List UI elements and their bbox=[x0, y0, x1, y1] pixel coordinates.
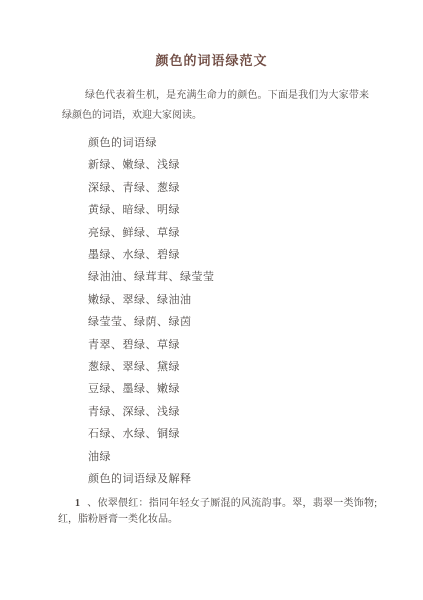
word-line: 石绿、水绿、铜绿 bbox=[88, 423, 423, 445]
section-heading: 颜色的词语绿及解释 bbox=[88, 468, 423, 490]
word-list: 颜色的词语绿 新绿、嫩绿、浅绿 深绿、青绿、葱绿 黄绿、暗绿、明绿 亮绿、鲜绿、… bbox=[88, 132, 423, 491]
word-line: 绿莹莹、绿荫、绿茵 bbox=[88, 311, 423, 333]
list-heading: 颜色的词语绿 bbox=[88, 132, 423, 154]
word-line: 青绿、深绿、浅绿 bbox=[88, 401, 423, 423]
word-line: 墨绿、水绿、碧绿 bbox=[88, 244, 423, 266]
word-line: 深绿、青绿、葱绿 bbox=[88, 177, 423, 199]
intro-paragraph: 绿色代表着生机，是充满生命力的颜色。下面是我们为大家带来绿颜色的词语，欢迎大家阅… bbox=[62, 86, 369, 126]
explanation-text: 、依翠偎红：指同年轻女子厮混的风流韵事。翠，翡翠一类饰物;红，脂粉唇膏一类化妆品… bbox=[58, 498, 377, 526]
word-line: 青翠、碧绿、草绿 bbox=[88, 334, 423, 356]
word-line: 豆绿、墨绿、嫩绿 bbox=[88, 378, 423, 400]
word-line: 新绿、嫩绿、浅绿 bbox=[88, 154, 423, 176]
word-line: 嫩绿、翠绿、绿油油 bbox=[88, 289, 423, 311]
explanation-number: 1 bbox=[75, 498, 80, 509]
explanation-paragraph: 1、依翠偎红：指同年轻女子厮混的风流韵事。翠，翡翠一类饰物;红，脂粉唇膏一类化妆… bbox=[58, 496, 377, 529]
word-line: 绿油油、绿茸茸、绿莹莹 bbox=[88, 266, 423, 288]
document-title: 颜色的词语绿范文 bbox=[0, 0, 423, 69]
word-line: 油绿 bbox=[88, 446, 423, 468]
document-page: 颜色的词语绿范文 绿色代表着生机，是充满生命力的颜色。下面是我们为大家带来绿颜色… bbox=[0, 0, 423, 600]
word-line: 葱绿、翠绿、黛绿 bbox=[88, 356, 423, 378]
word-line: 亮绿、鲜绿、草绿 bbox=[88, 222, 423, 244]
word-line: 黄绿、暗绿、明绿 bbox=[88, 199, 423, 221]
